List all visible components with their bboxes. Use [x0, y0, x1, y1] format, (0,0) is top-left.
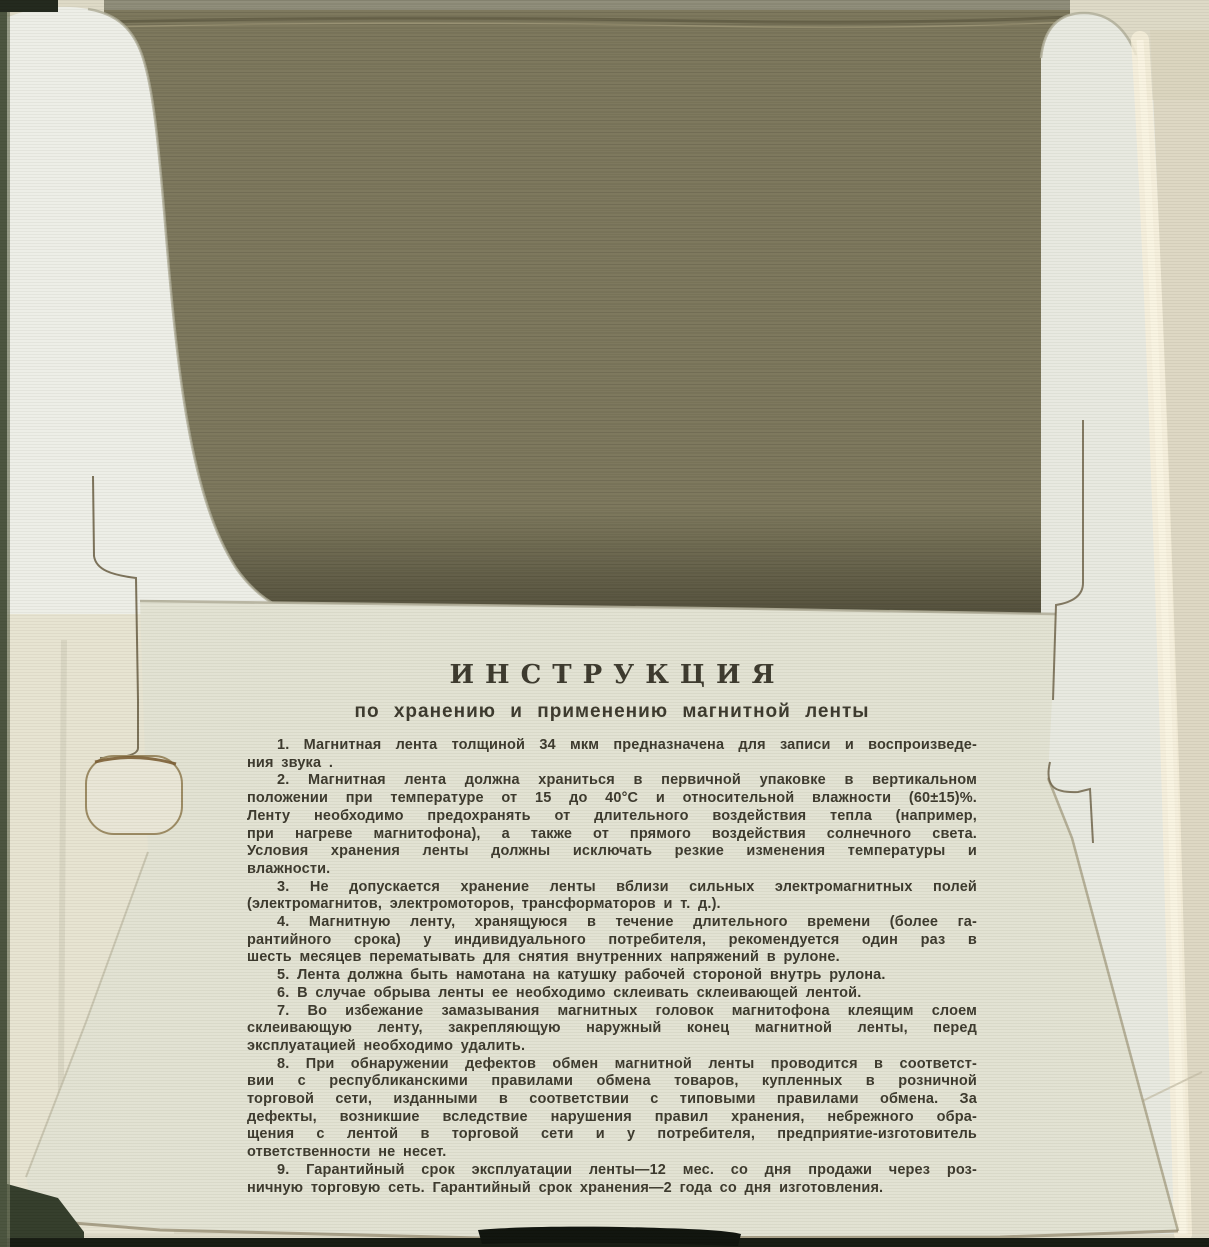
instruction-line: 2. Магнитная лента должна храниться в пе…	[247, 772, 977, 790]
cardboard-panel	[104, 0, 1070, 622]
instruction-line: 4. Магнитную ленту, хранящуюся в течение…	[247, 914, 977, 932]
instruction-line: Условия хранения ленты должны исключать …	[247, 843, 977, 861]
instruction-line: ния звука .	[247, 755, 977, 773]
instruction-line: Ленту необходимо предохранять от длитель…	[247, 808, 977, 826]
instruction-line: склеивающую ленту, закрепляющую наружный…	[247, 1020, 977, 1038]
cardboard-texture	[104, 0, 1070, 622]
left-scanner-strip	[0, 0, 7, 1247]
instruction-line: 7. Во избежание замазывания магнитных го…	[247, 1003, 977, 1021]
instruction-paragraph: 9. Гарантийный срок эксплуатации ленты—1…	[247, 1162, 977, 1197]
instruction-paragraph: 5. Лента должна быть намотана на катушку…	[247, 967, 977, 985]
instruction-line: 6. В случае обрыва ленты ее необходимо с…	[247, 985, 977, 1003]
instruction-line: дефекты, возникшие вследствие нарушения …	[247, 1109, 977, 1127]
instruction-paragraph: 2. Магнитная лента должна храниться в пе…	[247, 772, 977, 878]
instruction-paragraph: 1. Магнитная лента толщиной 34 мкм предн…	[247, 737, 977, 772]
instruction-paragraph: 7. Во избежание замазывания магнитных го…	[247, 1003, 977, 1056]
instruction-line: торговой сети, изданными в соответствии …	[247, 1091, 977, 1109]
instruction-paragraph: 4. Магнитную ленту, хранящуюся в течение…	[247, 914, 977, 967]
left-paper-edge	[7, 0, 10, 1247]
instruction-text: ИНСТРУКЦИЯ по хранению и применению магн…	[247, 658, 977, 1197]
instruction-paragraph: 8. При обнаружении дефектов обмен магнит…	[247, 1056, 977, 1162]
instruction-paragraph: 3. Не допускается хранение ленты вблизи …	[247, 879, 977, 914]
instruction-paragraph: 6. В случае обрыва ленты ее необходимо с…	[247, 985, 977, 1003]
instruction-paragraphs: 1. Магнитная лента толщиной 34 мкм предн…	[247, 737, 977, 1197]
instruction-line: (электромагнитов, электромоторов, трансф…	[247, 896, 977, 914]
instruction-line: 1. Магнитная лента толщиной 34 мкм предн…	[247, 737, 977, 755]
instruction-title: ИНСТРУКЦИЯ	[247, 658, 977, 692]
instruction-line: 8. При обнаружении дефектов обмен магнит…	[247, 1056, 977, 1074]
instruction-line: 3. Не допускается хранение ленты вблизи …	[247, 879, 977, 897]
instruction-line: шесть месяцев перематывать для снятия вн…	[247, 949, 977, 967]
instruction-line: рантийного срока) у индивидуального потр…	[247, 932, 977, 950]
instruction-line: 9. Гарантийный срок эксплуатации ленты—1…	[247, 1162, 977, 1180]
instruction-line: эксплуатацией необходимо удалить.	[247, 1038, 977, 1056]
instruction-line: ничную торговую сеть. Гарантийный срок х…	[247, 1180, 977, 1198]
instruction-line: 5. Лента должна быть намотана на катушку…	[247, 967, 977, 985]
instruction-line: при нагреве магнитофона), а также от пря…	[247, 826, 977, 844]
instruction-line: щения с лентой в торговой сети и у потре…	[247, 1126, 977, 1144]
instruction-subtitle: по хранению и применению магнитной ленты	[247, 700, 977, 724]
instruction-line: положении при температуре от 15 до 40°С …	[247, 790, 977, 808]
instruction-line: влажности.	[247, 861, 977, 879]
instruction-line: ответственности не несет.	[247, 1144, 977, 1162]
left-thumb-notch	[86, 756, 182, 834]
scanned-tape-box-inner: ИНСТРУКЦИЯ по хранению и применению магн…	[0, 0, 1209, 1247]
top-left-notch	[0, 0, 58, 12]
instruction-line: вии с республиканскими правилами обмена …	[247, 1073, 977, 1091]
